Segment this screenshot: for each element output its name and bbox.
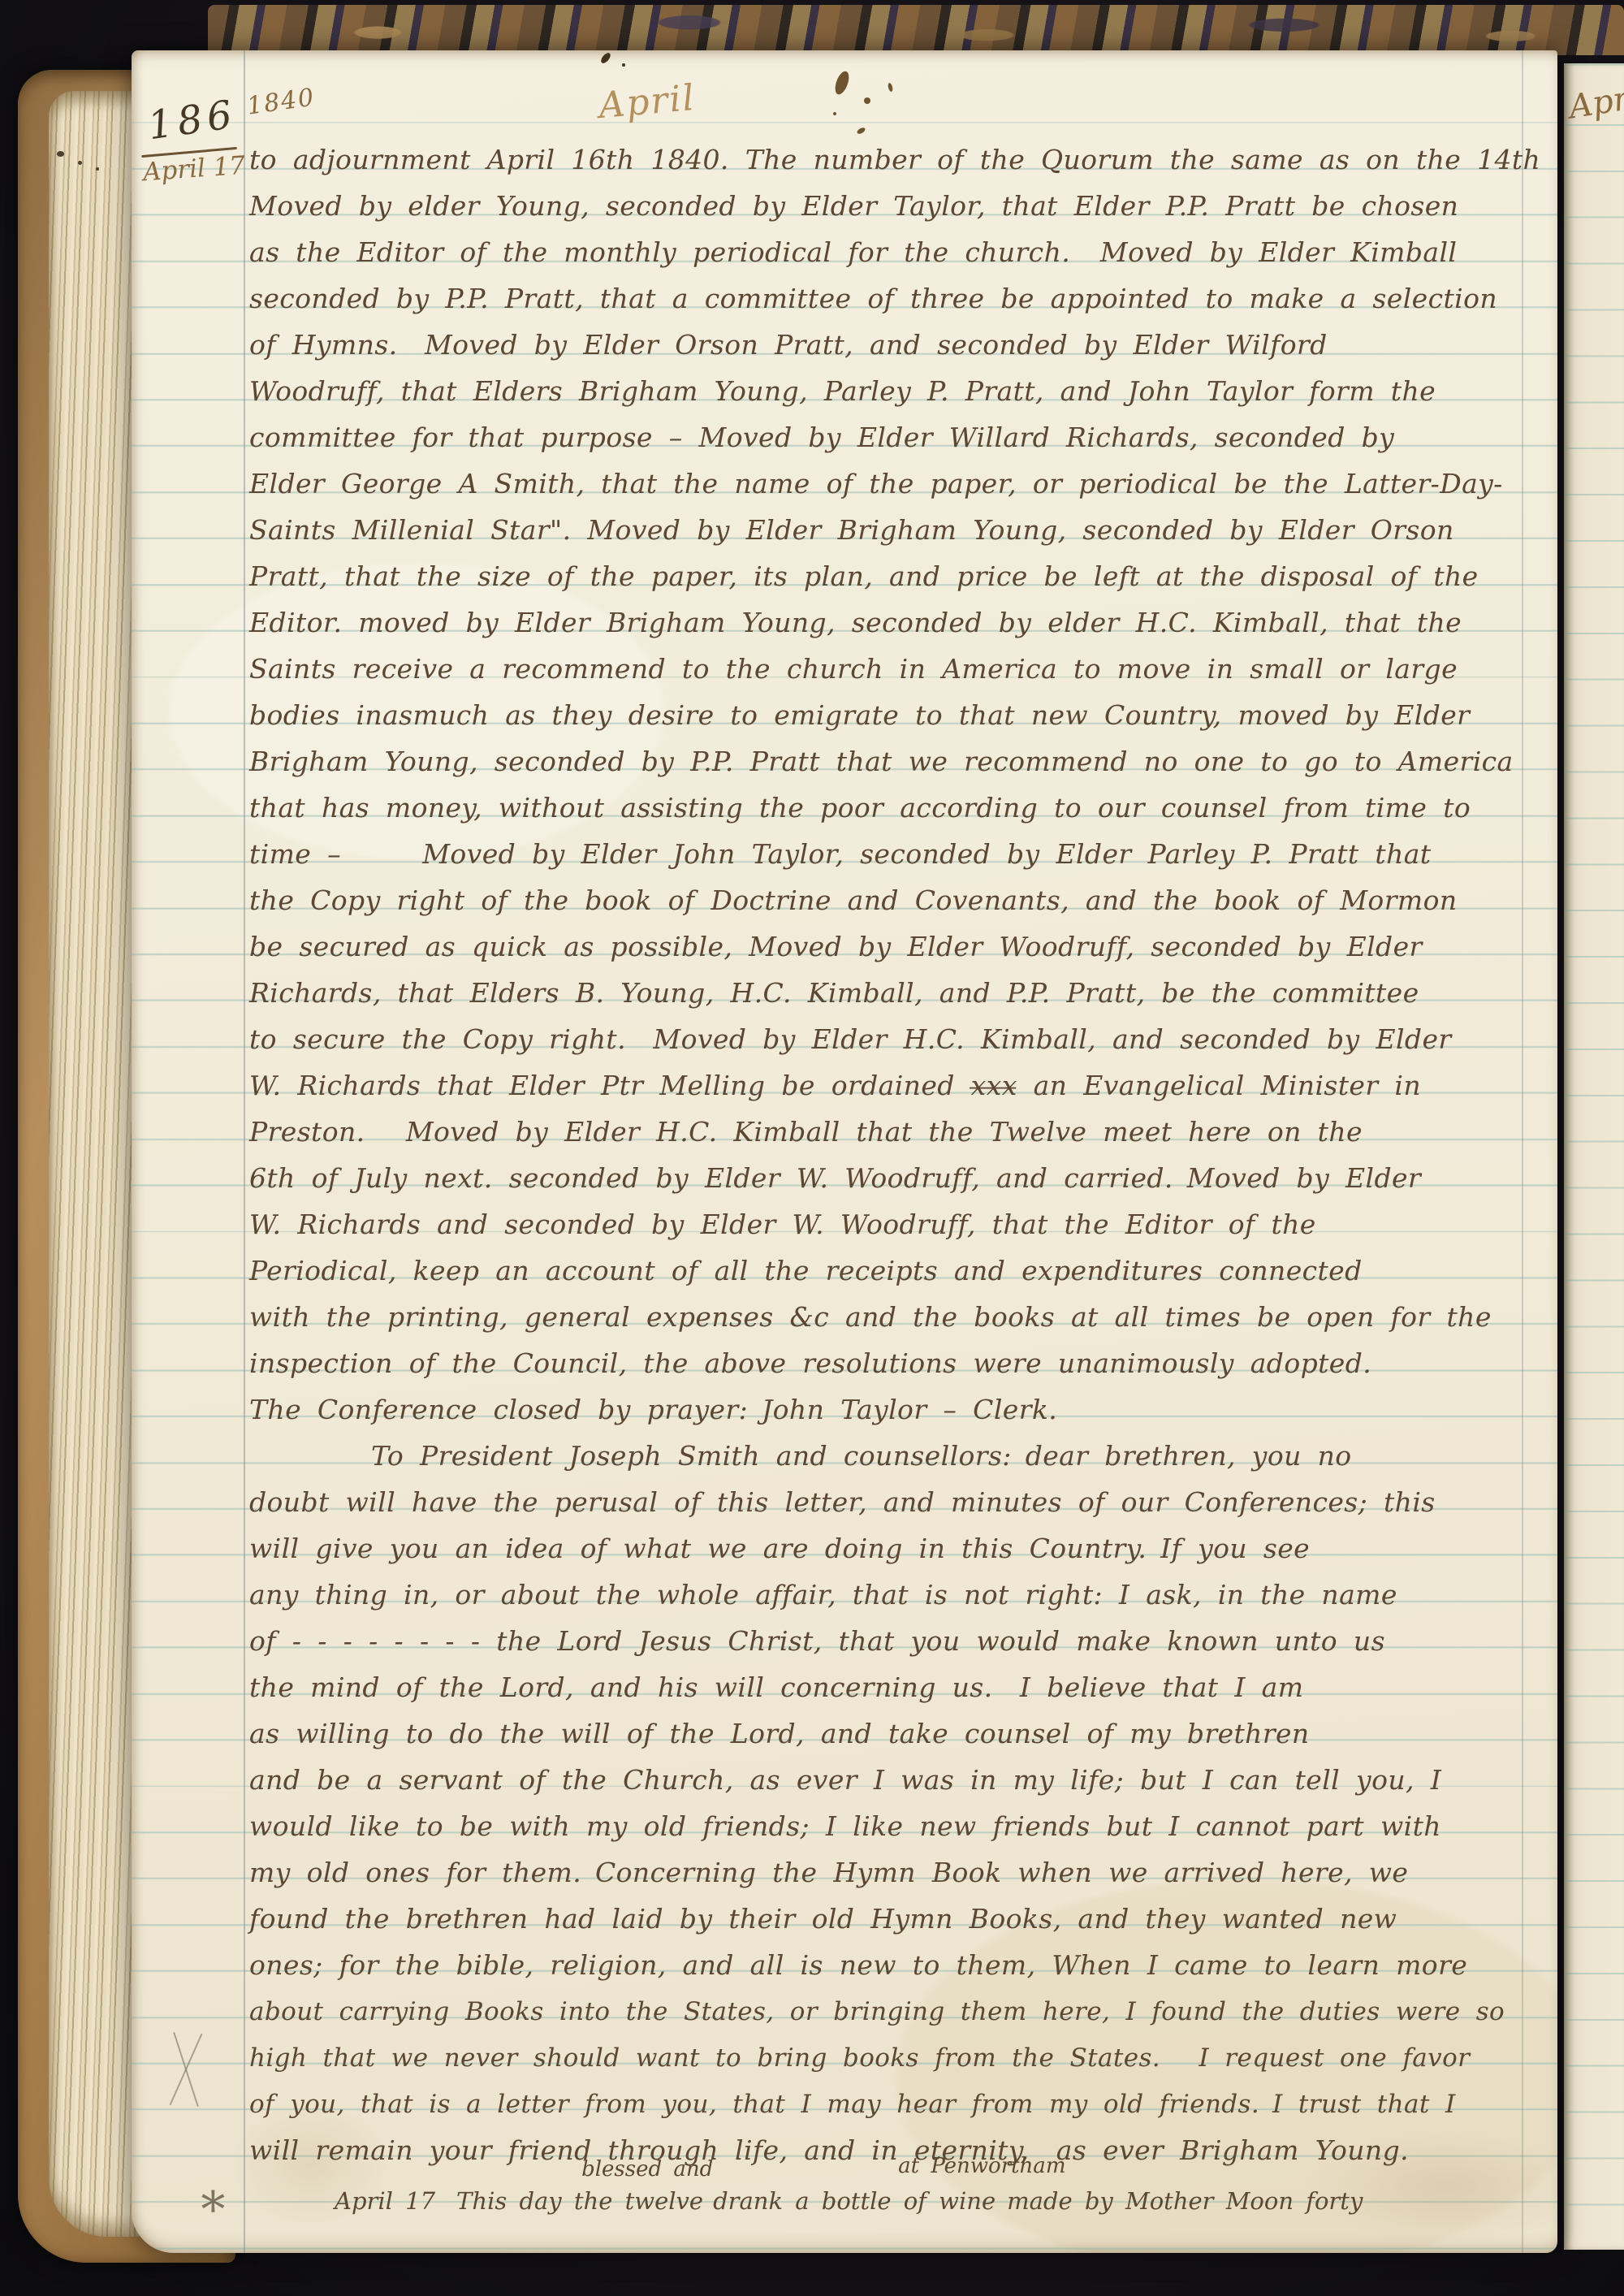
manuscript-line: To President Joseph Smith and counsellor… xyxy=(249,1433,1557,1479)
manuscript-line: about carrying Books into the States, or… xyxy=(249,1989,1536,2034)
margin-asterisk-mark: ∗ xyxy=(197,2172,230,2229)
insertion-caret: ^ xyxy=(697,2242,713,2253)
manuscript-line: Saints Millenial Star". Moved by Elder B… xyxy=(249,508,1536,553)
manuscript-line: and be a servant of the Church, as ever … xyxy=(249,1758,1536,1803)
footnote-text: made by Mother Moon forty xyxy=(1007,2187,1363,2215)
manuscript-line: bodies inasmuch as they desire to emigra… xyxy=(249,693,1536,738)
manuscript-line: 6th of July next. seconded by Elder W. W… xyxy=(249,1156,1536,1201)
manuscript-line: as the Editor of the monthly periodical … xyxy=(249,230,1536,275)
ruled-lines xyxy=(1564,63,1624,2250)
manuscript-line: Saints receive a recommend to the church… xyxy=(249,646,1536,692)
photograph-of-manuscript-book: { "manuscript": { "page_number": "186", … xyxy=(0,0,1624,2296)
manuscript-line: inspection of the Council, the above res… xyxy=(249,1341,1536,1386)
manuscript-line: would like to be with my old friends; I … xyxy=(249,1804,1536,1849)
manuscript-line: time – Moved by Elder John Taylor, secon… xyxy=(249,832,1536,877)
page-edge-speck xyxy=(57,151,64,157)
ink-mark xyxy=(622,63,625,67)
manuscript-line: of you, that is a letter from you, that … xyxy=(249,2082,1536,2127)
manuscript-line: of Hymns. Moved by Elder Orson Pratt, an… xyxy=(249,322,1536,368)
manuscript-line: the mind of the Lord, and his will conce… xyxy=(249,1665,1536,1710)
manuscript-line: Editor. moved by Elder Brigham Young, se… xyxy=(249,600,1536,646)
manuscript-line: Moved by elder Young, seconded by Elder … xyxy=(249,184,1536,229)
manuscript-line: Pratt, that the size of the paper, its p… xyxy=(249,554,1536,599)
manuscript-line: my old ones for them. Concerning the Hym… xyxy=(249,1850,1536,1896)
manuscript-line: be secured as quick as possible, Moved b… xyxy=(249,924,1536,970)
manuscript-line: of - - - - - - - - the Lord Jesus Christ… xyxy=(249,1619,1536,1664)
ink-blot xyxy=(864,97,870,104)
manuscript-line: as willing to do the will of the Lord, a… xyxy=(249,1711,1536,1757)
manuscript-line: will give you an idea of what we are doi… xyxy=(249,1526,1536,1572)
manuscript-line: Woodruff, that Elders Brigham Young, Par… xyxy=(249,369,1536,414)
manuscript-line: Periodical, keep an account of all the r… xyxy=(249,1248,1536,1294)
insertion-caret: ^ xyxy=(997,2242,1013,2253)
page-edge-speck xyxy=(78,161,82,165)
manuscript-line: W. Richards that Elder Ptr Melling be or… xyxy=(249,1063,1536,1109)
manuscript-line: The Conference closed by prayer: John Ta… xyxy=(249,1387,1536,1433)
manuscript-line: will remain your friend through life, an… xyxy=(249,2128,1536,2173)
interlinear-insertion: blessed and xyxy=(581,2159,713,2180)
manuscript-line: committee for that purpose – Moved by El… xyxy=(249,415,1536,460)
manuscript-line: with the printing, general expenses &c a… xyxy=(249,1295,1536,1340)
left-margin-line xyxy=(244,50,245,2253)
manuscript-line: Preston. Moved by Elder H.C. Kimball tha… xyxy=(249,1109,1536,1155)
margin-cross-mark xyxy=(162,2034,211,2105)
manuscript-line: Brigham Young, seconded by P.P. Pratt th… xyxy=(249,739,1536,785)
page-edge-speck xyxy=(96,167,99,171)
manuscript-line: Elder George A Smith, that the name of t… xyxy=(249,461,1536,507)
manuscript-line: high that we never should want to bring … xyxy=(249,2035,1536,2081)
manuscript-line: the Copy right of the book of Doctrine a… xyxy=(249,878,1536,923)
footnote-line: April 17This day the twelveblessed and^d… xyxy=(335,2180,1536,2222)
manuscript-line: doubt will have the perusal of this lett… xyxy=(249,1480,1536,1525)
manuscript-line: Richards, that Elders B. Young, H.C. Kim… xyxy=(249,971,1536,1016)
manuscript-line: to secure the Copy right. Moved by Elder… xyxy=(249,1017,1536,1062)
manuscript-line: any thing in, or about the whole affair,… xyxy=(249,1572,1536,1618)
manuscript-line: seconded by P.P. Pratt, that a committee… xyxy=(249,276,1536,322)
next-page-edge: April xyxy=(1564,63,1624,2250)
manuscript-line: found the brethren had laid by their old… xyxy=(249,1896,1536,1942)
marbled-top-edge xyxy=(208,5,1624,55)
manuscript-line: to adjournment April 16th 1840. The numb… xyxy=(249,137,1536,183)
manuscript-line: W. Richards and seconded by Elder W. Woo… xyxy=(249,1202,1536,1247)
footnote-text: This day the twelve xyxy=(456,2187,703,2215)
footnote-text: drank a bottle of wine xyxy=(713,2187,996,2215)
manuscript-line: that has money, without assisting the po… xyxy=(249,785,1536,831)
manuscript-page: 186 1840 April 17 April to adjournment A… xyxy=(132,50,1557,2253)
interlinear-insertion: at Penwortham xyxy=(898,2155,1065,2177)
ink-blot xyxy=(833,112,836,115)
manuscript-line: ones; for the bible, religion, and all i… xyxy=(249,1943,1536,1988)
footnote-date: April 17 xyxy=(335,2187,435,2215)
